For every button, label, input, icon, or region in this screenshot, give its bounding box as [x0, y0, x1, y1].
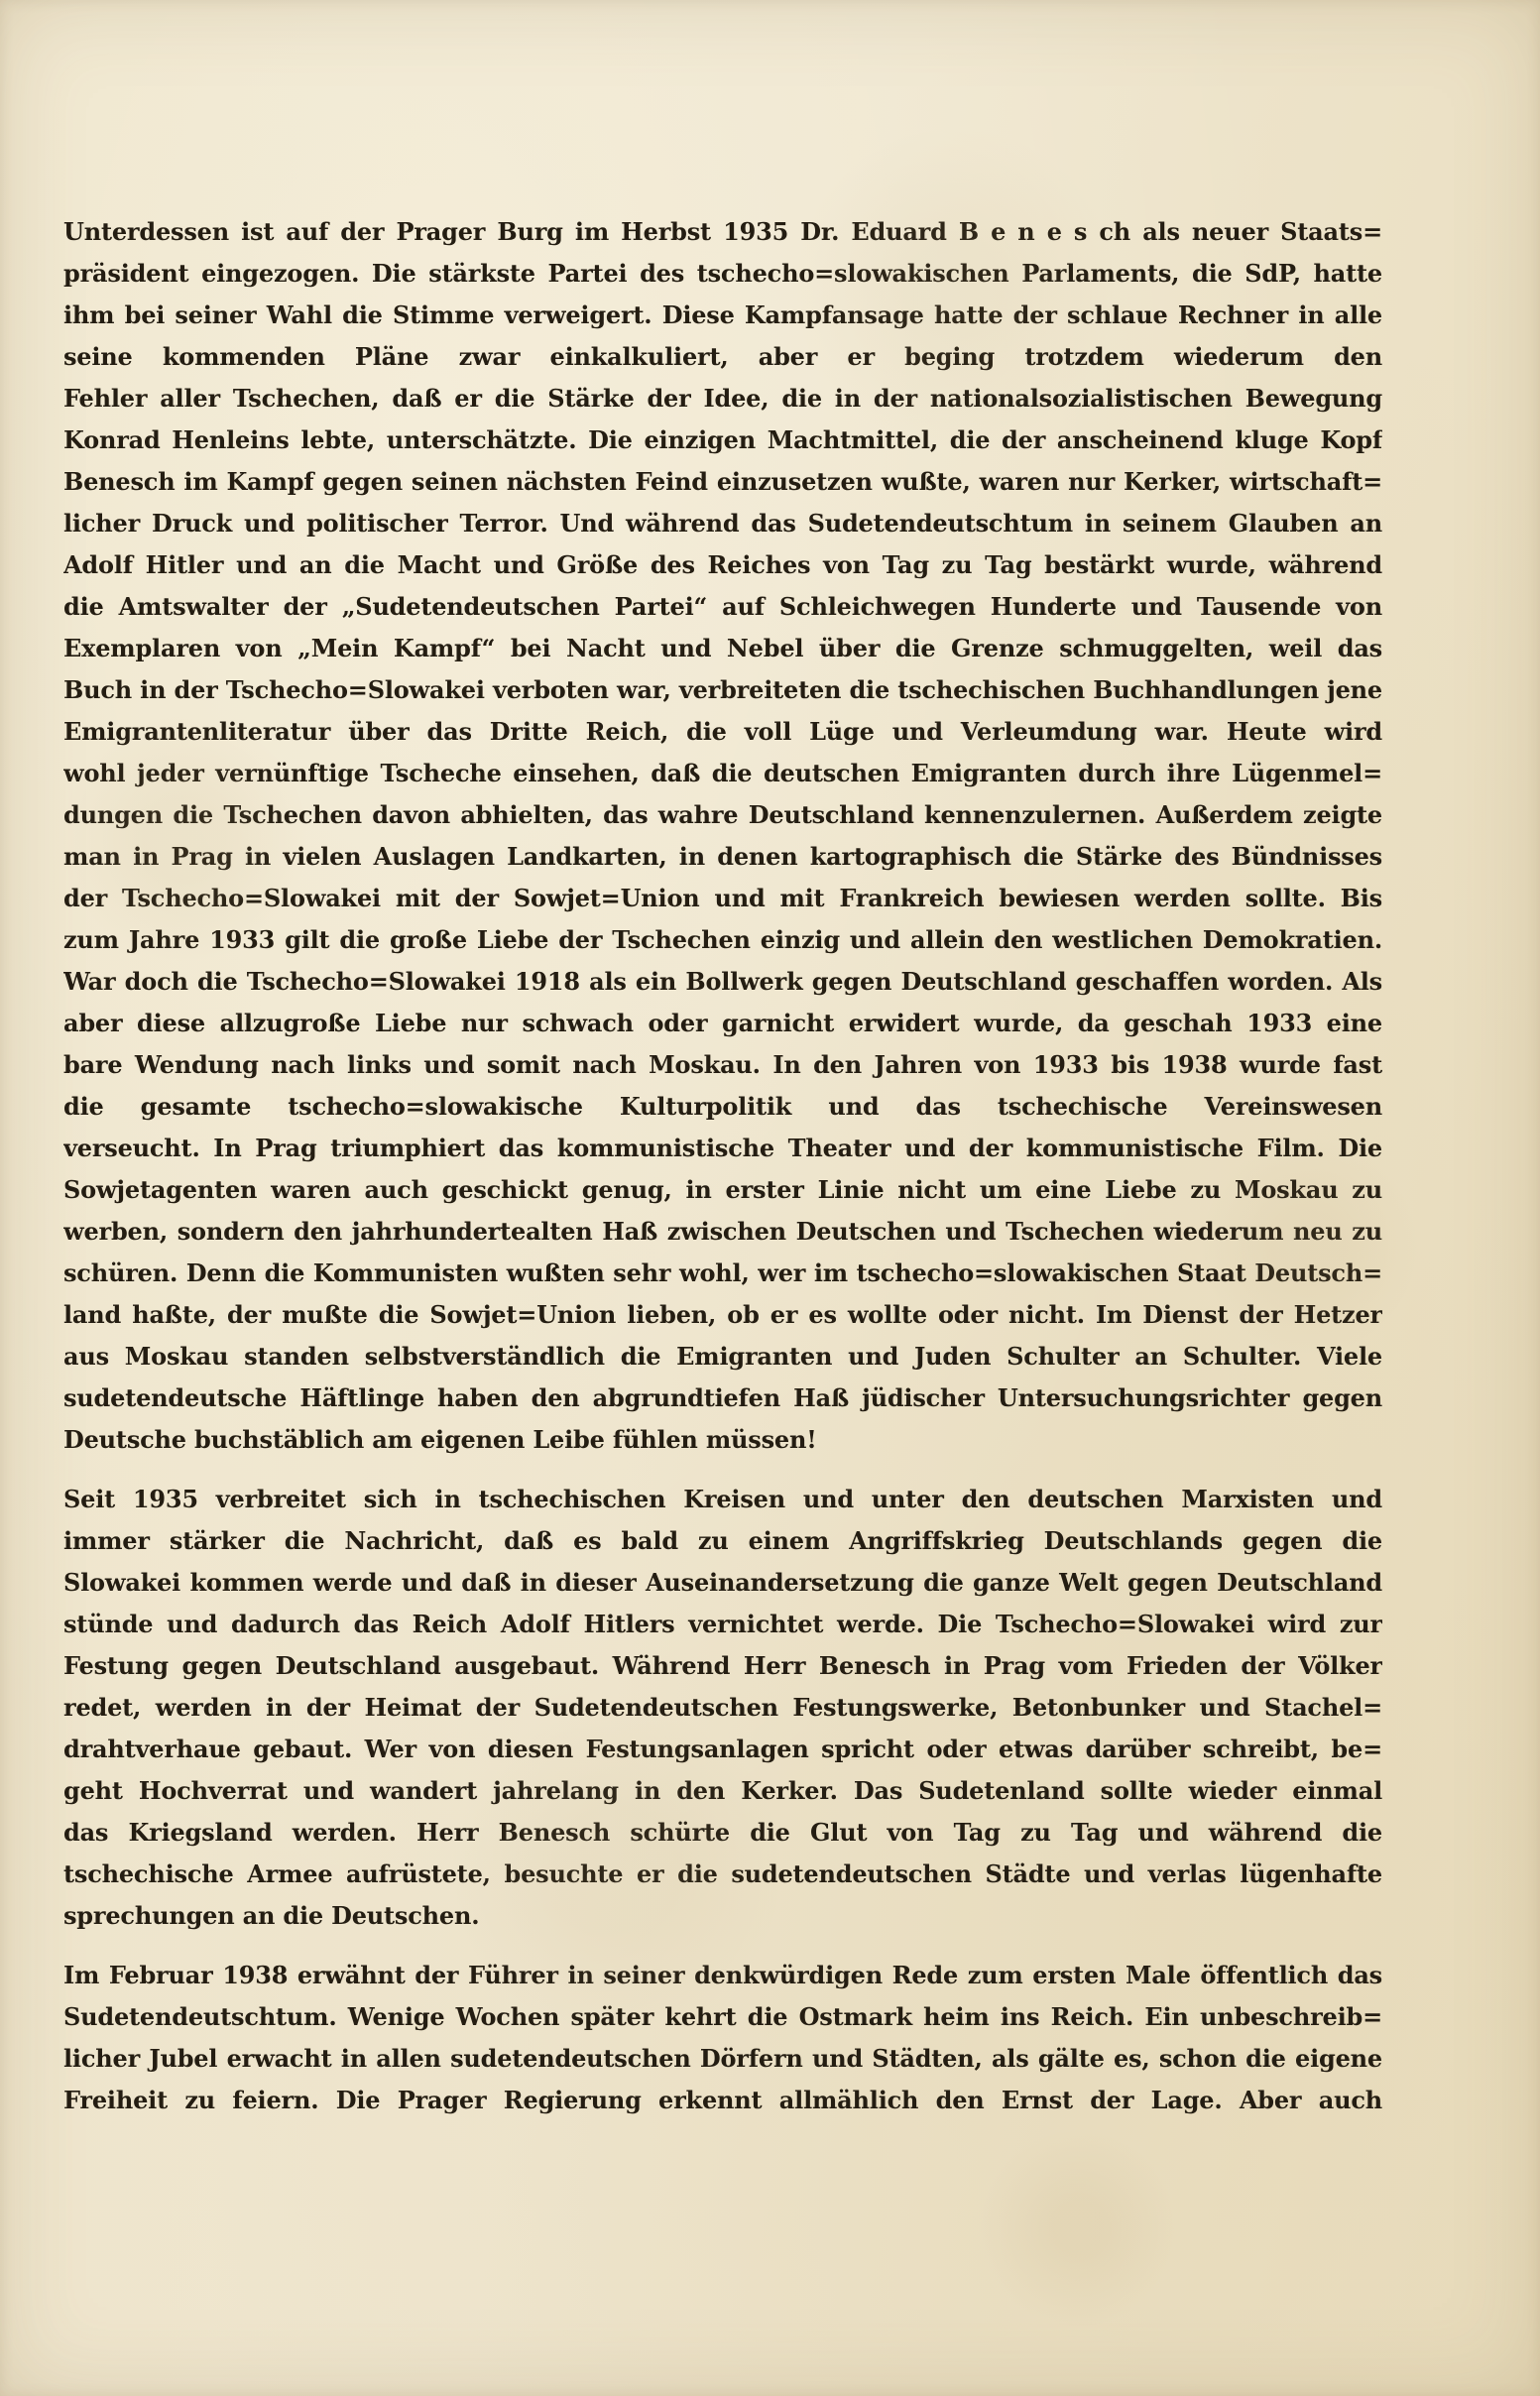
text-line: Konrad Henleins lebte, unterschätzte. Di… — [63, 419, 1382, 461]
text-line: licher Druck und politischer Terror. Und… — [63, 503, 1382, 544]
text-line: Freiheit zu feiern. Die Prager Regierung… — [63, 2080, 1382, 2121]
text-line: bare Wendung nach links und somit nach M… — [63, 1044, 1382, 1086]
text-line: Unterdessen ist auf der Prager Burg im H… — [63, 211, 1382, 253]
text-line: Benesch im Kampf gegen seinen nächsten F… — [63, 461, 1382, 503]
text-line: Im Februar 1938 erwähnt der Führer in se… — [63, 1955, 1382, 1996]
text-line: Adolf Hitler und an die Macht und Größe … — [63, 544, 1382, 586]
text-line: stünde und dadurch das Reich Adolf Hitle… — [63, 1604, 1382, 1645]
text-line: War doch die Tschecho=Slowakei 1918 als … — [63, 961, 1382, 1003]
text-line: ihm bei seiner Wahl die Stimme verweiger… — [63, 295, 1382, 336]
text-line: verseucht. In Prag triumphiert das kommu… — [63, 1128, 1382, 1169]
text-line: die Amtswalter der „Sudetendeutschen Par… — [63, 586, 1382, 628]
text-line: licher Jubel erwacht in allen sudetendeu… — [63, 2038, 1382, 2080]
text-line: sprechungen an die Deutschen. — [63, 1895, 1382, 1937]
text-line: Seit 1935 verbreitet sich in tschechisch… — [63, 1479, 1382, 1520]
text-line: seine kommenden Pläne zwar einkalkuliert… — [63, 336, 1382, 378]
text-line: Deutsche buchstäblich am eigenen Leibe f… — [63, 1419, 1382, 1461]
book-page: Unterdessen ist auf der Prager Burg im H… — [0, 0, 1540, 2396]
text-line: drahtverhaue gebaut. Wer von diesen Fest… — [63, 1729, 1382, 1770]
text-line: Sudetendeutschtum. Wenige Wochen später … — [63, 1996, 1382, 2038]
text-line: aber diese allzugroße Liebe nur schwach … — [63, 1003, 1382, 1044]
text-line: geht Hochverrat und wandert jahrelang in… — [63, 1770, 1382, 1812]
text-line: Emigrantenliteratur über das Dritte Reic… — [63, 711, 1382, 753]
text-line: Slowakei kommen werde und daß in dieser … — [63, 1562, 1382, 1604]
text-line: Festung gegen Deutschland ausgebaut. Wäh… — [63, 1645, 1382, 1687]
text-line: werben, sondern den jahrhundertealten Ha… — [63, 1211, 1382, 1253]
body-text: Unterdessen ist auf der Prager Burg im H… — [63, 211, 1382, 2139]
text-line: land haßte, der mußte die Sowjet=Union l… — [63, 1294, 1382, 1336]
text-line: wohl jeder vernünftige Tscheche einsehen… — [63, 753, 1382, 794]
text-line: die gesamte tschecho=slowakische Kulturp… — [63, 1086, 1382, 1128]
text-line: präsident eingezogen. Die stärkste Parte… — [63, 253, 1382, 295]
text-line: der Tschecho=Slowakei mit der Sowjet=Uni… — [63, 878, 1382, 919]
text-line: sudetendeutsche Häftlinge haben den abgr… — [63, 1378, 1382, 1419]
text-line: Exemplaren von „Mein Kampf“ bei Nacht un… — [63, 628, 1382, 669]
text-line: Sowjetagenten waren auch geschickt genug… — [63, 1169, 1382, 1211]
text-line: man in Prag in vielen Auslagen Landkarte… — [63, 836, 1382, 878]
text-line: aus Moskau standen selbstverständlich di… — [63, 1336, 1382, 1378]
paragraph: Seit 1935 verbreitet sich in tschechisch… — [63, 1479, 1382, 1937]
text-line: das Kriegsland werden. Herr Benesch schü… — [63, 1812, 1382, 1854]
text-line: zum Jahre 1933 gilt die große Liebe der … — [63, 919, 1382, 961]
text-line: redet, werden in der Heimat der Sudetend… — [63, 1687, 1382, 1729]
text-line: dungen die Tschechen davon abhielten, da… — [63, 794, 1382, 836]
text-line: tschechische Armee aufrüstete, besuchte … — [63, 1854, 1382, 1895]
text-line: immer stärker die Nachricht, daß es bald… — [63, 1520, 1382, 1562]
text-line: Buch in der Tschecho=Slowakei verboten w… — [63, 669, 1382, 711]
text-line: schüren. Denn die Kommunisten wußten seh… — [63, 1253, 1382, 1294]
text-line: Fehler aller Tschechen, daß er die Stärk… — [63, 378, 1382, 419]
paragraph: Im Februar 1938 erwähnt der Führer in se… — [63, 1955, 1382, 2121]
paragraph: Unterdessen ist auf der Prager Burg im H… — [63, 211, 1382, 1461]
